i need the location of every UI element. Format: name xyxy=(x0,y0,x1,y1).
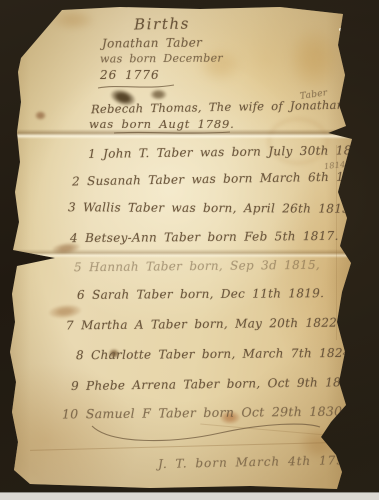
signature-line: J. T. born March 4th 1795 xyxy=(158,453,354,471)
wife-record-line-2: was born Augt 1789. xyxy=(89,117,235,131)
header-subject: Jonathan Taber xyxy=(102,35,202,50)
entry-line-7: 7 Martha A Taber born, May 20th 1822. xyxy=(66,316,341,333)
crease-line xyxy=(200,424,348,438)
crease-line xyxy=(30,442,330,451)
ink-blot-small xyxy=(150,89,167,100)
stain-spot xyxy=(35,111,46,120)
signature-flourish xyxy=(70,418,330,446)
document-photo: Births Jonathan Taber was born December … xyxy=(0,0,379,500)
entry-line-3: 3 Wallis Taber was born, April 26th 1815… xyxy=(68,200,354,215)
header-date-line: 26 1776 xyxy=(100,68,160,82)
underline-flourish xyxy=(96,82,178,91)
entry-line-5: 5 Hannah Taber born, Sep 3d 1815, xyxy=(74,258,320,275)
entry-line-10: 10 Samuel F Taber born Oct 29th 1830. xyxy=(62,404,347,422)
scanner-bed-strip xyxy=(0,492,379,500)
header-born-line: was born December xyxy=(100,52,223,66)
entry-line-1: 1 John T. Taber was born July 30th 1812 xyxy=(88,143,368,161)
stain-smudge xyxy=(48,303,81,319)
header-title: Births xyxy=(134,15,190,34)
entry-line-2: 2 Susanah Taber was born March 6th 18 xyxy=(72,170,352,189)
paper-sheet: Births Jonathan Taber was born December … xyxy=(0,0,379,500)
stain-faint xyxy=(52,10,94,30)
entry-line-9: 9 Phebe Arrena Taber born, Oct 9th 1827. xyxy=(71,375,361,393)
entry-line-6: 6 Sarah Taber born, Dec 11th 1819. xyxy=(77,286,324,302)
entry-line-8: 8 Charlotte Taber born, March 7th 1824. xyxy=(76,346,355,362)
paper-speck xyxy=(339,28,342,31)
wife-record-line-1: Rebecah Thomas, The wife of Jonathan xyxy=(91,98,345,116)
entry-line-4: 4 Betsey-Ann Taber born Feb 5th 1817. xyxy=(70,229,339,245)
stain-faint xyxy=(288,28,340,90)
